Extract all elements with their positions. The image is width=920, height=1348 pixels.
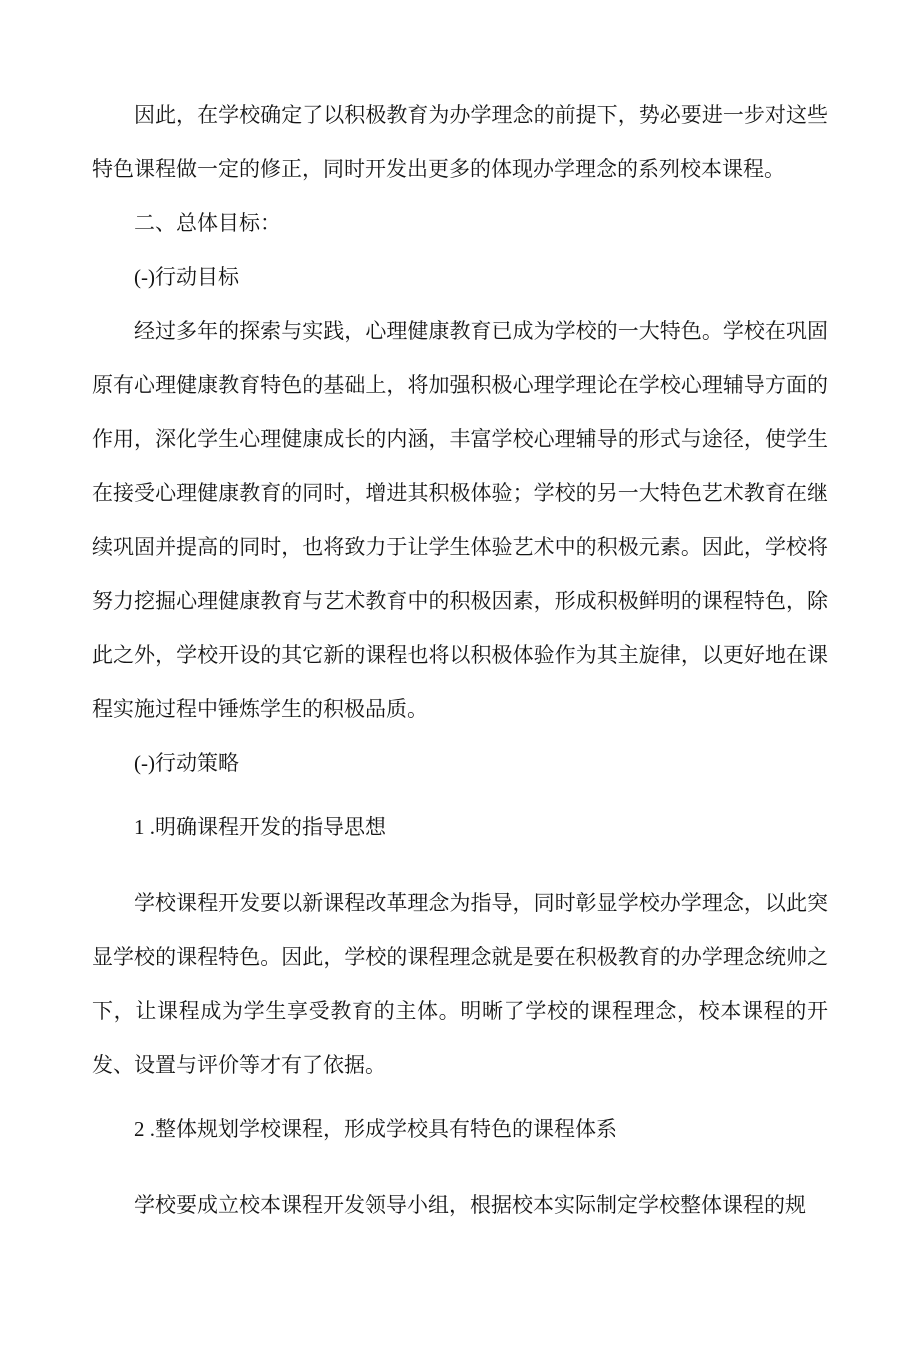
section-heading: (-)行动目标 bbox=[92, 250, 828, 304]
section-heading: 2 .整体规划学校课程，形成学校具有特色的课程体系 bbox=[92, 1102, 828, 1156]
section-heading: (-)行动策略 bbox=[92, 736, 828, 790]
paragraph: 学校要成立校本课程开发领导小组，根据校本实际制定学校整体课程的规 bbox=[92, 1178, 828, 1232]
section-heading: 二、总体目标： bbox=[92, 196, 828, 250]
document-page: 因此，在学校确定了以积极教育为办学理念的前提下，势必要进一步对这些特色课程做一定… bbox=[0, 0, 920, 1348]
section-heading: 1 .明确课程开发的指导思想 bbox=[92, 800, 828, 854]
paragraph: 经过多年的探索与实践，心理健康教育已成为学校的一大特色。学校在巩固原有心理健康教… bbox=[92, 304, 828, 736]
paragraph: 因此，在学校确定了以积极教育为办学理念的前提下，势必要进一步对这些特色课程做一定… bbox=[92, 88, 828, 196]
document-body: 因此，在学校确定了以积极教育为办学理念的前提下，势必要进一步对这些特色课程做一定… bbox=[92, 88, 828, 1232]
paragraph: 学校课程开发要以新课程改革理念为指导，同时彰显学校办学理念，以此突显学校的课程特… bbox=[92, 876, 828, 1092]
